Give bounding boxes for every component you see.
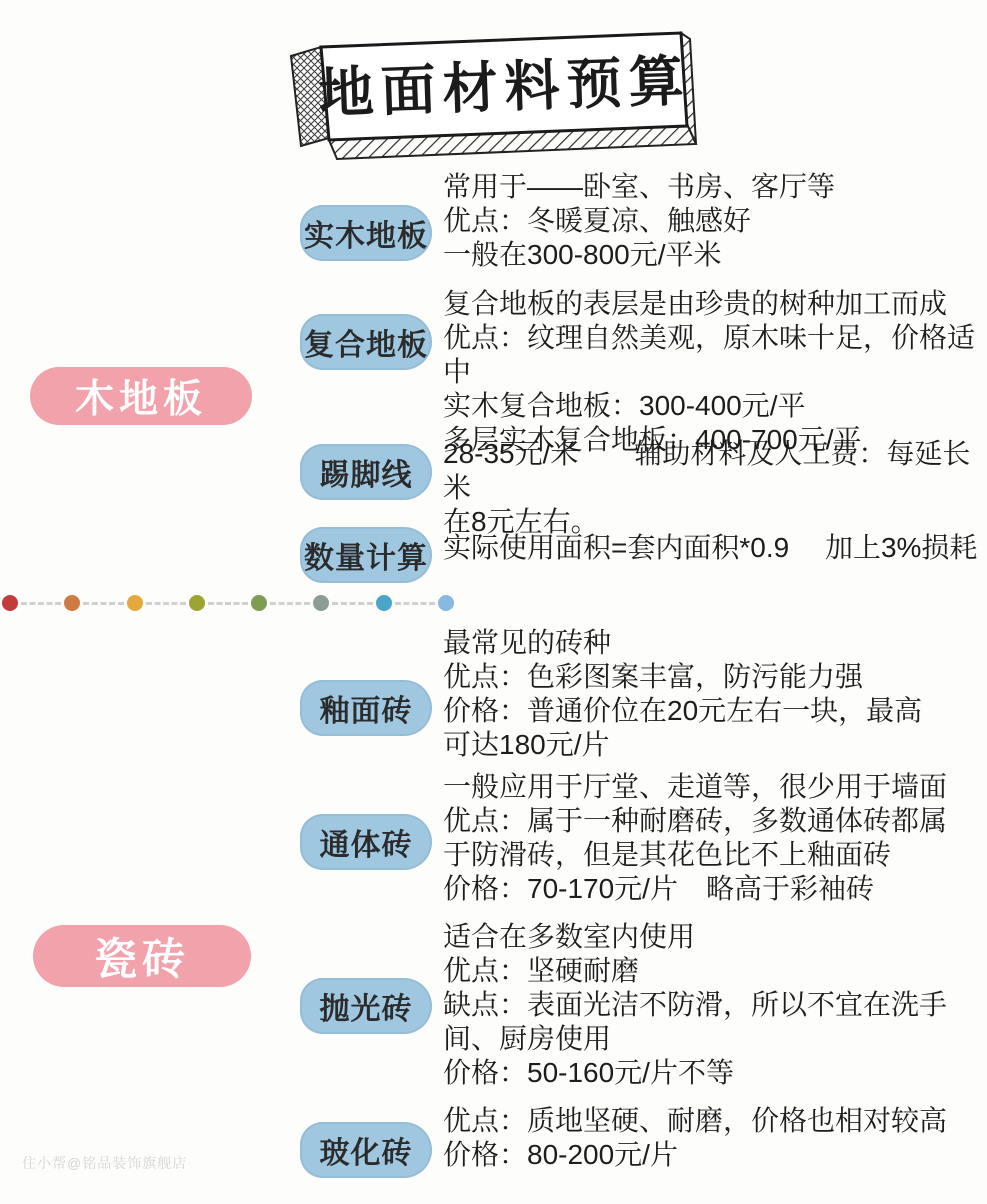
category-pill-full-body-tile: 通体砖	[300, 814, 432, 870]
category-pill-polished-tile: 抛光砖	[300, 978, 432, 1034]
divider-dash	[395, 602, 435, 605]
divider-dot	[2, 595, 18, 611]
description-polished-tile: 适合在多数室内使用 优点：坚硬耐磨 缺点：表面光洁不防滑，所以不宜在洗手 间、厨…	[443, 920, 983, 1090]
category-pill-skirting-line: 踢脚线	[300, 444, 432, 500]
group-pill-ceramic-tile: 瓷砖	[33, 925, 251, 987]
description-quantity-calc: 实际使用面积=套内面积*0.9 加上3%损耗	[443, 531, 983, 565]
divider-dot	[376, 595, 392, 611]
description-full-body-tile: 一般应用于厅堂、走道等，很少用于墙面 优点：属于一种耐磨砖，多数通体砖都属 于防…	[443, 770, 983, 906]
description-solid-wood-floor: 常用于——卧室、书房、客厅等 优点：冬暖夏凉、触感好 一般在300-800元/平…	[443, 170, 983, 272]
divider-dash	[208, 602, 248, 605]
divider-dot	[438, 595, 454, 611]
description-vitrified-tile: 优点：质地坚硬、耐磨，价格也相对较高 价格：80-200元/片	[443, 1104, 983, 1172]
description-laminate-floor: 复合地板的表层是由珍贵的树种加工而成 优点：纹理自然美观，原木味十足，价格适中 …	[443, 287, 983, 457]
divider-dash	[332, 602, 372, 605]
divider-dot	[127, 595, 143, 611]
title-plaque: 地面材料预算	[283, 26, 719, 162]
section-divider	[2, 593, 454, 613]
divider-dot	[64, 595, 80, 611]
category-pill-solid-wood-floor: 实木地板	[300, 205, 432, 261]
divider-dot	[189, 595, 205, 611]
infographic-floor-material-budget: 地面材料预算 木地板 瓷砖 实木地板 复合地板 踢脚线 数量计算 釉面砖 通体砖…	[0, 0, 987, 1204]
group-pill-wood-floor: 木地板	[30, 367, 252, 425]
divider-dot	[313, 595, 329, 611]
description-glazed-tile: 最常见的砖种 优点：色彩图案丰富，防污能力强 价格：普通价位在20元左右一块，最…	[443, 626, 983, 762]
category-pill-vitrified-tile: 玻化砖	[300, 1122, 432, 1178]
divider-dash	[21, 602, 61, 605]
category-pill-laminate-floor: 复合地板	[300, 314, 432, 370]
category-pill-quantity-calc: 数量计算	[300, 527, 432, 583]
divider-dash	[83, 602, 123, 605]
divider-dash	[146, 602, 186, 605]
page-title: 地面材料预算	[318, 50, 692, 125]
description-skirting-line: 28-35元/米 辅助材料及人工费：每延长米 在8元左右。	[443, 437, 983, 539]
category-pill-glazed-tile: 釉面砖	[300, 680, 432, 736]
title-plaque-sketch: 地面材料预算	[283, 26, 719, 162]
watermark: 住小帮@铭品装饰旗舰店	[22, 1153, 187, 1173]
divider-dot	[251, 595, 267, 611]
divider-dash	[270, 602, 310, 605]
